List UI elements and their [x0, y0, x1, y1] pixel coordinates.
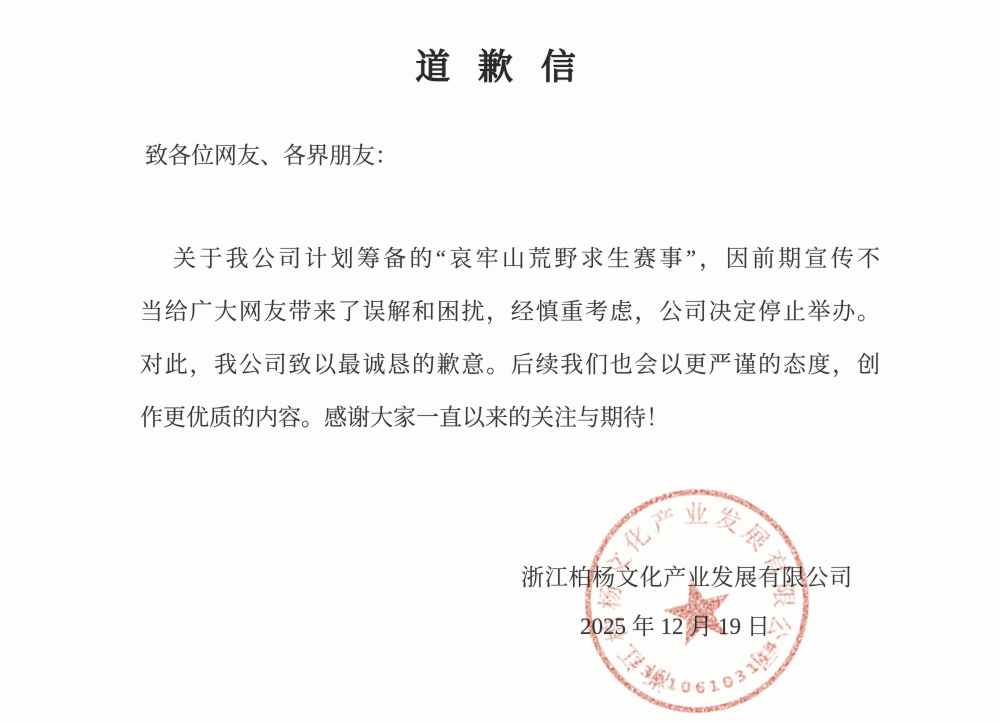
svg-text:浙江柏杨文化产业发展有限公司: 浙江柏杨文化产业发展有限公司 [580, 484, 811, 704]
body-line-4: 作更优质的内容。感谢大家一直以来的关注与期待！ [140, 391, 880, 444]
letter-date: 2025 年 12 月 19 日 [580, 608, 770, 641]
letter-body: 关于我公司计划筹备的“哀牢山荒野求生赛事”，因前期宣传不 当给广大网友带来了误解… [140, 232, 880, 444]
seal-serial-number: 33010610314440 [614, 574, 790, 710]
body-line-2: 当给广大网友带来了误解和困扰，经慎重考虑，公司决定停止举办。 [140, 285, 880, 338]
company-seal-stamp: 浙江柏杨文化产业发展有限公司 33010610314440 [577, 481, 817, 721]
body-line-3: 对此，我公司致以最诚恳的歉意。后续我们也会以更严谨的态度，创 [140, 338, 880, 391]
salutation-line: 致各位网友、各界朋友： [145, 137, 398, 170]
seal-border-ring [577, 481, 817, 721]
svg-text:33010610314440: 33010610314440 [614, 574, 790, 710]
company-signature: 浙江柏杨文化产业发展有限公司 [521, 559, 853, 592]
document-title: 道 歉 信 [0, 40, 1000, 90]
body-line-1: 关于我公司计划筹备的“哀牢山荒野求生赛事”，因前期宣传不 [140, 232, 880, 285]
seal-ring-text: 浙江柏杨文化产业发展有限公司 [580, 484, 811, 704]
apology-letter-page: 道 歉 信 致各位网友、各界朋友： 关于我公司计划筹备的“哀牢山荒野求生赛事”，… [0, 0, 1000, 723]
